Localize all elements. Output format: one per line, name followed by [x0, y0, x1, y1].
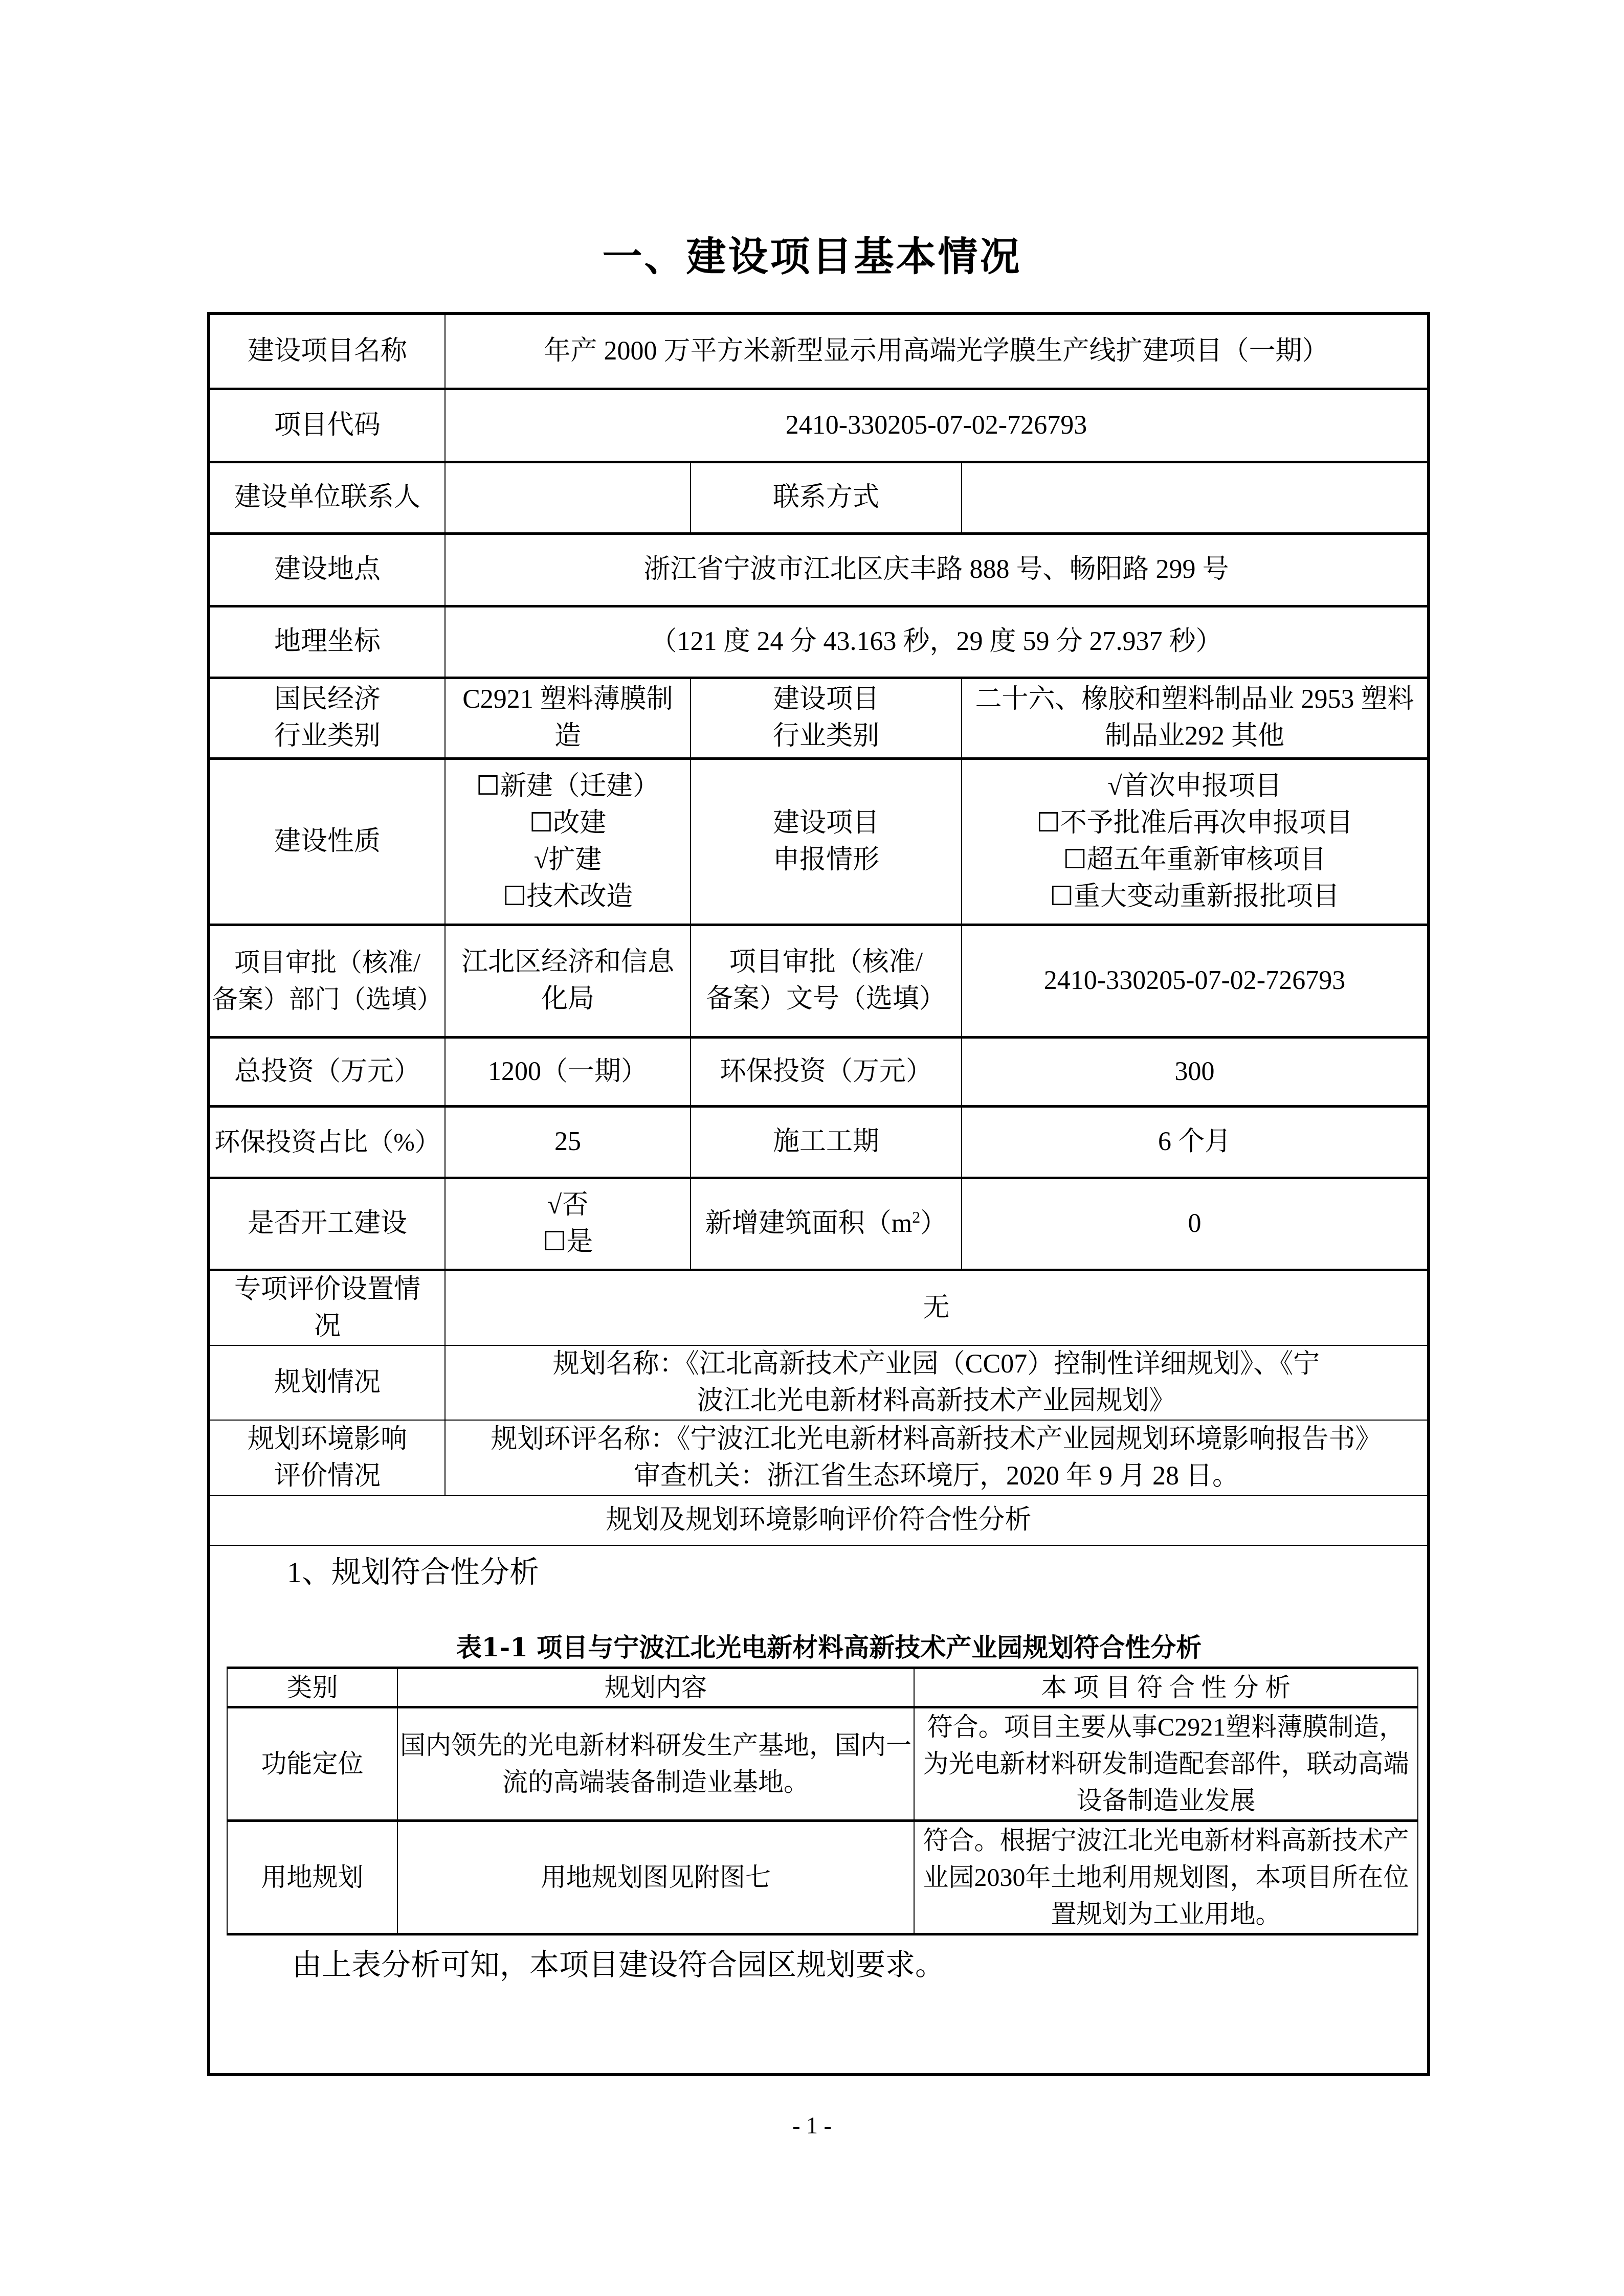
row-project-name: 建设项目名称 年产 2000 万平方米新型显示用高端光学膜生产线扩建项目（一期） — [209, 313, 1429, 389]
label-project-name: 建设项目名称 — [209, 313, 445, 389]
label-planning-eia: 规划环境影响 评价情况 — [209, 1420, 445, 1496]
row-location: 建设地点 浙江省宁波市江北区庆丰路 888 号、畅阳路 299 号 — [209, 533, 1429, 606]
table-row: 用地规划 用地规划图见附图七 符合。根据宁波江北光电新材料高新技术产业园2030… — [227, 1820, 1418, 1934]
page-number: - 1 - — [0, 2112, 1624, 2139]
option-first-report[interactable]: √首次申报项目 — [965, 768, 1424, 805]
planning-compliance-table: 类别 规划内容 本 项 目 符 合 性 分 析 功能定位 国内领先的光电新材料研… — [227, 1667, 1418, 1935]
compliance-header: 规划及规划环境影响评价符合性分析 — [209, 1496, 1429, 1545]
option-not-started[interactable]: √否 — [449, 1187, 687, 1224]
value-location: 浙江省宁波市江北区庆丰路 888 号、畅阳路 299 号 — [445, 533, 1429, 606]
value-project-industry: 二十六、橡胶和塑料制品业 2953 塑料 制品业292 其他 — [962, 678, 1429, 758]
value-coordinates: （121 度 24 分 43.163 秒，29 度 59 分 27.937 秒） — [445, 606, 1429, 678]
value-total-investment: 1200（一期） — [445, 1037, 691, 1106]
row-planning: 规划情况 规划名称：《江北高新技术产业园（CC07）控制性详细规划》、《宁 波江… — [209, 1345, 1429, 1420]
row-contact: 建设单位联系人 联系方式 — [209, 462, 1429, 533]
value-construction-period: 6 个月 — [962, 1106, 1429, 1178]
cell-category: 功能定位 — [227, 1707, 397, 1820]
value-approval-doc: 2410-330205-07-02-726793 — [962, 925, 1429, 1037]
row-started: 是否开工建设 √否 ☐是 新增建筑面积（m2） 0 — [209, 1178, 1429, 1270]
label-planning: 规划情况 — [209, 1345, 445, 1420]
label-total-investment: 总投资（万元） — [209, 1037, 445, 1106]
report-situation-options: √首次申报项目 ☐不予批准后再次申报项目 ☐超五年重新审核项目 ☐重大变动重新报… — [962, 758, 1429, 925]
option-rebuild[interactable]: ☐改建 — [449, 805, 687, 842]
label-env-investment: 环保投资（万元） — [691, 1037, 962, 1106]
value-contact-method — [962, 462, 1429, 533]
cell-plan-content: 用地规划图见附图七 — [397, 1820, 914, 1934]
label-construction-nature: 建设性质 — [209, 758, 445, 925]
label-env-ratio: 环保投资占比（%） — [209, 1106, 445, 1178]
label-approval-doc: 项目审批（核准/ 备案）文号（选填） — [691, 925, 962, 1037]
value-new-floor-area: 0 — [962, 1178, 1429, 1270]
cell-analysis: 符合。项目主要从事C2921塑料薄膜制造，为光电新材料研发制造配套部件，联动高端… — [914, 1707, 1418, 1820]
section-heading: 1、规划符合性分析 — [287, 1552, 1427, 1593]
value-national-industry: C2921 塑料薄膜制 造 — [445, 678, 691, 758]
label-project-industry: 建设项目 行业类别 — [691, 678, 962, 758]
construction-nature-options: ☐新建（迁建） ☐改建 √扩建 ☐技术改造 — [445, 758, 691, 925]
label-project-code: 项目代码 — [209, 389, 445, 462]
option-re-report[interactable]: ☐不予批准后再次申报项目 — [965, 805, 1424, 842]
row-special-eval: 专项评价设置情 况 无 — [209, 1270, 1429, 1345]
table-row: 功能定位 国内领先的光电新材料研发生产基地，国内一流的高端装备制造业基地。 符合… — [227, 1707, 1418, 1820]
row-coordinates: 地理坐标 （121 度 24 分 43.163 秒，29 度 59 分 27.9… — [209, 606, 1429, 678]
label-report-situation: 建设项目 申报情形 — [691, 758, 962, 925]
label-location: 建设地点 — [209, 533, 445, 606]
row-ratio: 环保投资占比（%） 25 施工工期 6 个月 — [209, 1106, 1429, 1178]
cell-analysis: 符合。根据宁波江北光电新材料高新技术产业园2030年土地利用规划图，本项目所在位… — [914, 1820, 1418, 1934]
label-new-floor-area: 新增建筑面积（m2） — [691, 1178, 962, 1270]
project-info-table: 建设项目名称 年产 2000 万平方米新型显示用高端光学膜生产线扩建项目（一期）… — [207, 312, 1430, 2076]
label-construction-period: 施工工期 — [691, 1106, 962, 1178]
header-category: 类别 — [227, 1668, 397, 1707]
row-industry: 国民经济 行业类别 C2921 塑料薄膜制 造 建设项目 行业类别 二十六、橡胶… — [209, 678, 1429, 758]
started-options: √否 ☐是 — [445, 1178, 691, 1270]
row-content: 1、规划符合性分析 表1-1 项目与宁波江北光电新材料高新技术产业园规划符合性分… — [209, 1545, 1429, 2075]
cell-category: 用地规划 — [227, 1820, 397, 1934]
row-nature: 建设性质 ☐新建（迁建） ☐改建 √扩建 ☐技术改造 建设项目 申报情形 √首次… — [209, 758, 1429, 925]
label-national-industry: 国民经济 行业类别 — [209, 678, 445, 758]
value-project-name: 年产 2000 万平方米新型显示用高端光学膜生产线扩建项目（一期） — [445, 313, 1429, 389]
label-coordinates: 地理坐标 — [209, 606, 445, 678]
compliance-content: 1、规划符合性分析 表1-1 项目与宁波江北光电新材料高新技术产业园规划符合性分… — [209, 1545, 1429, 2075]
value-contact-person — [445, 462, 691, 533]
inner-table-header: 类别 规划内容 本 项 目 符 合 性 分 析 — [227, 1668, 1418, 1707]
table-caption: 表1-1 项目与宁波江北光电新材料高新技术产业园规划符合性分析 — [231, 1630, 1427, 1665]
value-project-code: 2410-330205-07-02-726793 — [445, 389, 1429, 462]
header-analysis: 本 项 目 符 合 性 分 析 — [914, 1668, 1418, 1707]
label-contact-method: 联系方式 — [691, 462, 962, 533]
value-approval-dept: 江北区经济和信息 化局 — [445, 925, 691, 1037]
option-five-year-review[interactable]: ☐超五年重新审核项目 — [965, 842, 1424, 879]
label-started: 是否开工建设 — [209, 1178, 445, 1270]
option-expansion[interactable]: √扩建 — [449, 842, 687, 879]
value-planning: 规划名称：《江北高新技术产业园（CC07）控制性详细规划》、《宁 波江北光电新材… — [445, 1345, 1429, 1420]
option-major-change[interactable]: ☐重大变动重新报批项目 — [965, 879, 1424, 915]
row-investment: 总投资（万元） 1200（一期） 环保投资（万元） 300 — [209, 1037, 1429, 1106]
cell-plan-content: 国内领先的光电新材料研发生产基地，国内一流的高端装备制造业基地。 — [397, 1707, 914, 1820]
row-project-code: 项目代码 2410-330205-07-02-726793 — [209, 389, 1429, 462]
value-env-ratio: 25 — [445, 1106, 691, 1178]
option-new-build[interactable]: ☐新建（迁建） — [449, 768, 687, 805]
value-planning-eia: 规划环评名称：《宁波江北光电新材料高新技术产业园规划环境影响报告书》 审查机关：… — [445, 1420, 1429, 1496]
value-env-investment: 300 — [962, 1037, 1429, 1106]
row-approval: 项目审批（核准/ 备案）部门（选填） 江北区经济和信息 化局 项目审批（核准/ … — [209, 925, 1429, 1037]
label-contact-person: 建设单位联系人 — [209, 462, 445, 533]
option-started[interactable]: ☐是 — [449, 1224, 687, 1260]
label-approval-dept: 项目审批（核准/ 备案）部门（选填） — [209, 925, 445, 1037]
row-compliance-header: 规划及规划环境影响评价符合性分析 — [209, 1496, 1429, 1545]
header-plan-content: 规划内容 — [397, 1668, 914, 1707]
row-planning-eia: 规划环境影响 评价情况 规划环评名称：《宁波江北光电新材料高新技术产业园规划环境… — [209, 1420, 1429, 1496]
label-special-eval: 专项评价设置情 况 — [209, 1270, 445, 1345]
option-tech-upgrade[interactable]: ☐技术改造 — [449, 879, 687, 915]
value-special-eval: 无 — [445, 1270, 1429, 1345]
conclusion-text: 由上表分析可知，本项目建设符合园区规划要求。 — [292, 1945, 1427, 1986]
page-title: 一、建设项目基本情况 — [0, 225, 1624, 282]
